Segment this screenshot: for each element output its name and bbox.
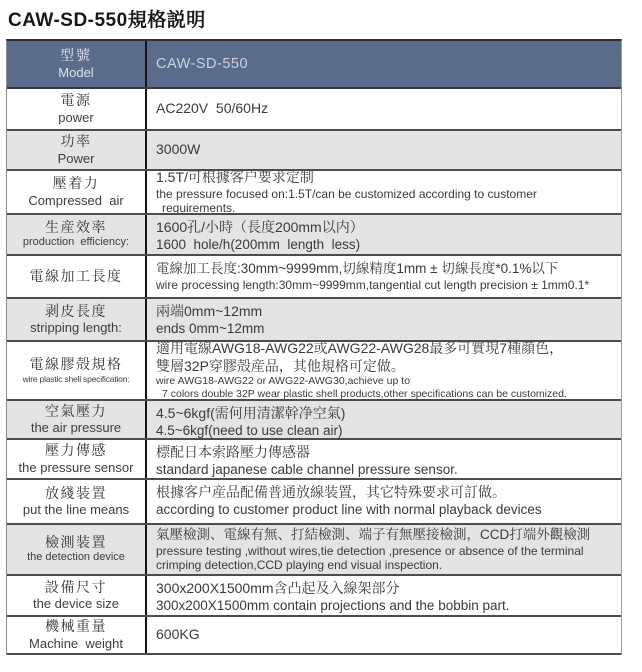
table-row-compressed-air: 壓着力 Compressed air 1.5T/可根據客户要求定制 the pr…: [7, 171, 621, 215]
table-row-stripping-length: 剥皮長度 stripping length: 兩端0mm~12mm ends 0…: [7, 299, 621, 342]
row-label-en: the air pressure: [31, 420, 121, 436]
value-line: 7 colors double 32P wear plastic shell p…: [156, 388, 615, 399]
row-value: 600KG: [145, 617, 621, 653]
row-value: AC220V 50/60Hz: [145, 89, 621, 129]
row-label: 電源 power: [7, 89, 145, 129]
value-line: according to customer product line with …: [156, 502, 615, 519]
row-value: 電線加工長度:30mm~9999mm,切線精度1mm ± 切線長度*0.1%以下…: [145, 256, 621, 297]
row-label-en: power: [58, 110, 93, 126]
value-line: 標配日本索路壓力傳感器: [156, 444, 615, 462]
row-label-zh: 檢測装置: [45, 534, 107, 552]
row-label: 設備尺寸 the device size: [7, 576, 145, 615]
value-line: pressure testing ,without wires,tie dete…: [156, 544, 615, 558]
value-line: 1600 hole/h(200mm length less): [156, 237, 615, 254]
row-label: 空氣壓力 the air pressure: [7, 401, 145, 438]
row-label-zh: 空氣壓力: [45, 403, 107, 421]
value-line: 600KG: [156, 626, 615, 644]
table-row-machine-weight: 機械重量 Machine weight 600KG: [7, 617, 621, 655]
value-line: AC220V 50/60Hz: [156, 100, 615, 118]
row-label-zh: 功率: [61, 133, 92, 151]
model-label: 型號 Model: [7, 41, 145, 87]
row-label-en: the detection device: [27, 551, 125, 565]
row-label: 壓着力 Compressed air: [7, 171, 145, 213]
row-label-zh: 電線加工長度: [30, 268, 123, 286]
value-line: requirements.: [156, 201, 615, 213]
model-label-zh: 型號: [60, 47, 92, 65]
row-value: 4.5~6kgf(需何用清潔幹净空氣) 4.5~6kgf(need to use…: [145, 401, 621, 438]
value-line: ends 0mm~12mm: [156, 321, 615, 338]
row-label: 放綫装置 put the line means: [7, 480, 145, 523]
table-row-detection-device: 檢測装置 the detection device 氣壓檢測、電線有無、打結檢測…: [7, 525, 621, 576]
value-line: crimping detection,CCD playing end visua…: [156, 558, 615, 572]
table-row-device-size: 設備尺寸 the device size 300x200X1500mm含凸起及入…: [7, 576, 621, 617]
table-row-payoff-device: 放綫装置 put the line means 根據客户産品配備普通放線装置，其…: [7, 480, 621, 525]
row-label-en: put the line means: [23, 502, 129, 518]
table-row-air-pressure: 空氣壓力 the air pressure 4.5~6kgf(需何用清潔幹净空氣…: [7, 401, 621, 440]
value-line: 3000W: [156, 141, 615, 159]
row-value: 3000W: [145, 131, 621, 169]
row-label: 生産效率 production efficiency:: [7, 215, 145, 254]
value-line: the pressure focused on:1.5T/can be cust…: [156, 187, 615, 201]
table-row-production-efficiency: 生産效率 production efficiency: 1600孔/小時（長度2…: [7, 215, 621, 256]
row-value: 300x200X1500mm含凸起及入線架部分 300x200X1500mm c…: [145, 576, 621, 615]
row-value: 根據客户産品配備普通放線装置，其它特殊要求可訂做。 according to c…: [145, 480, 621, 523]
row-label: 電線加工長度: [7, 256, 145, 297]
row-label-zh: 放綫装置: [45, 485, 107, 503]
row-label-en: stripping length:: [30, 320, 122, 336]
table-row-power: 電源 power AC220V 50/60Hz: [7, 89, 621, 131]
value-line: 1.5T/可根據客户要求定制: [156, 171, 615, 187]
row-value: 適用電線AWG18-AWG22或AWG22-AWG28最多可實現7種顔色， 雙層…: [145, 342, 621, 399]
value-line: wire AWG18-AWG22 or AWG22-AWG30,achieve …: [156, 375, 615, 388]
value-line: 根據客户産品配備普通放線装置，其它特殊要求可訂做。: [156, 484, 615, 502]
value-line: 300x200X1500mm含凸起及入線架部分: [156, 580, 615, 598]
row-label-zh: 壓力傳感: [45, 442, 107, 460]
page-title: CAW-SD-550規格説明: [8, 5, 642, 32]
row-label: 電線膠殻規格 wire plastic shell specification:: [7, 342, 145, 399]
row-label-zh: 壓着力: [53, 175, 100, 193]
value-line: wire processing length:30mm~9999mm,tange…: [156, 278, 615, 292]
row-label-en: Machine weight: [29, 636, 123, 652]
row-value: 1.5T/可根據客户要求定制 the pressure focused on:1…: [145, 171, 621, 213]
value-line: 1600孔/小時（長度200mm以内）: [156, 219, 615, 237]
row-label-zh: 生産效率: [45, 219, 107, 237]
value-line: 適用電線AWG18-AWG22或AWG22-AWG28最多可實現7種顔色，: [156, 342, 615, 358]
value-line: 氣壓檢測、電線有無、打結檢測、端子有無壓接檢測，CCD打端外觀檢測: [156, 527, 615, 544]
row-label-zh: 電源: [61, 92, 92, 110]
model-value-cell: CAW-SD-550: [145, 41, 621, 87]
value-line: 4.5~6kgf(need to use clean air): [156, 423, 615, 439]
value-line: standard japanese cable channel pressure…: [156, 462, 615, 479]
spec-table: 型號 Model CAW-SD-550 電源 power AC220V 50/6…: [6, 39, 622, 655]
table-row-pressure-sensor: 壓力傳感 the pressure sensor 標配日本索路壓力傳感器 sta…: [7, 440, 621, 480]
row-value: 兩端0mm~12mm ends 0mm~12mm: [145, 299, 621, 340]
value-line: 兩端0mm~12mm: [156, 303, 615, 321]
row-value: 氣壓檢測、電線有無、打結檢測、端子有無壓接檢測，CCD打端外觀檢測 pressu…: [145, 525, 621, 574]
value-line: 4.5~6kgf(需何用清潔幹净空氣): [156, 405, 615, 423]
table-row-wire-processing-length: 電線加工長度 電線加工長度:30mm~9999mm,切線精度1mm ± 切線長度…: [7, 256, 621, 299]
table-row-wire-plastic-shell-spec: 電線膠殻規格 wire plastic shell specification:…: [7, 342, 621, 401]
row-label-zh: 剥皮長度: [45, 303, 107, 321]
row-label-zh: 設備尺寸: [45, 579, 107, 597]
row-label: 機械重量 Machine weight: [7, 617, 145, 653]
row-label: 壓力傳感 the pressure sensor: [7, 440, 145, 478]
model-value: CAW-SD-550: [156, 55, 615, 73]
row-label-en: the device size: [33, 596, 119, 612]
row-label-en: the pressure sensor: [19, 460, 134, 476]
table-header-row: 型號 Model CAW-SD-550: [7, 41, 621, 89]
row-value: 1600孔/小時（長度200mm以内） 1600 hole/h(200mm le…: [145, 215, 621, 254]
row-label-en: Power: [58, 151, 95, 167]
value-line: 300x200X1500mm contain projections and t…: [156, 598, 615, 615]
row-label-zh: 機械重量: [45, 618, 107, 636]
row-label: 剥皮長度 stripping length:: [7, 299, 145, 340]
row-label: 功率 Power: [7, 131, 145, 169]
value-line: 電線加工長度:30mm~9999mm,切線精度1mm ± 切線長度*0.1%以下: [156, 261, 615, 278]
row-label-en: Compressed air: [28, 193, 123, 209]
table-row-wattage: 功率 Power 3000W: [7, 131, 621, 171]
row-label-zh: 電線膠殻規格: [30, 356, 123, 374]
model-label-en: Model: [58, 65, 93, 81]
row-label-en: wire plastic shell specification:: [23, 374, 130, 385]
row-value: 標配日本索路壓力傳感器 standard japanese cable chan…: [145, 440, 621, 478]
value-line: 雙層32P穿膠殻産品，其他規格可定做。: [156, 358, 615, 376]
row-label-en: production efficiency:: [23, 236, 129, 250]
row-label: 檢測装置 the detection device: [7, 525, 145, 574]
